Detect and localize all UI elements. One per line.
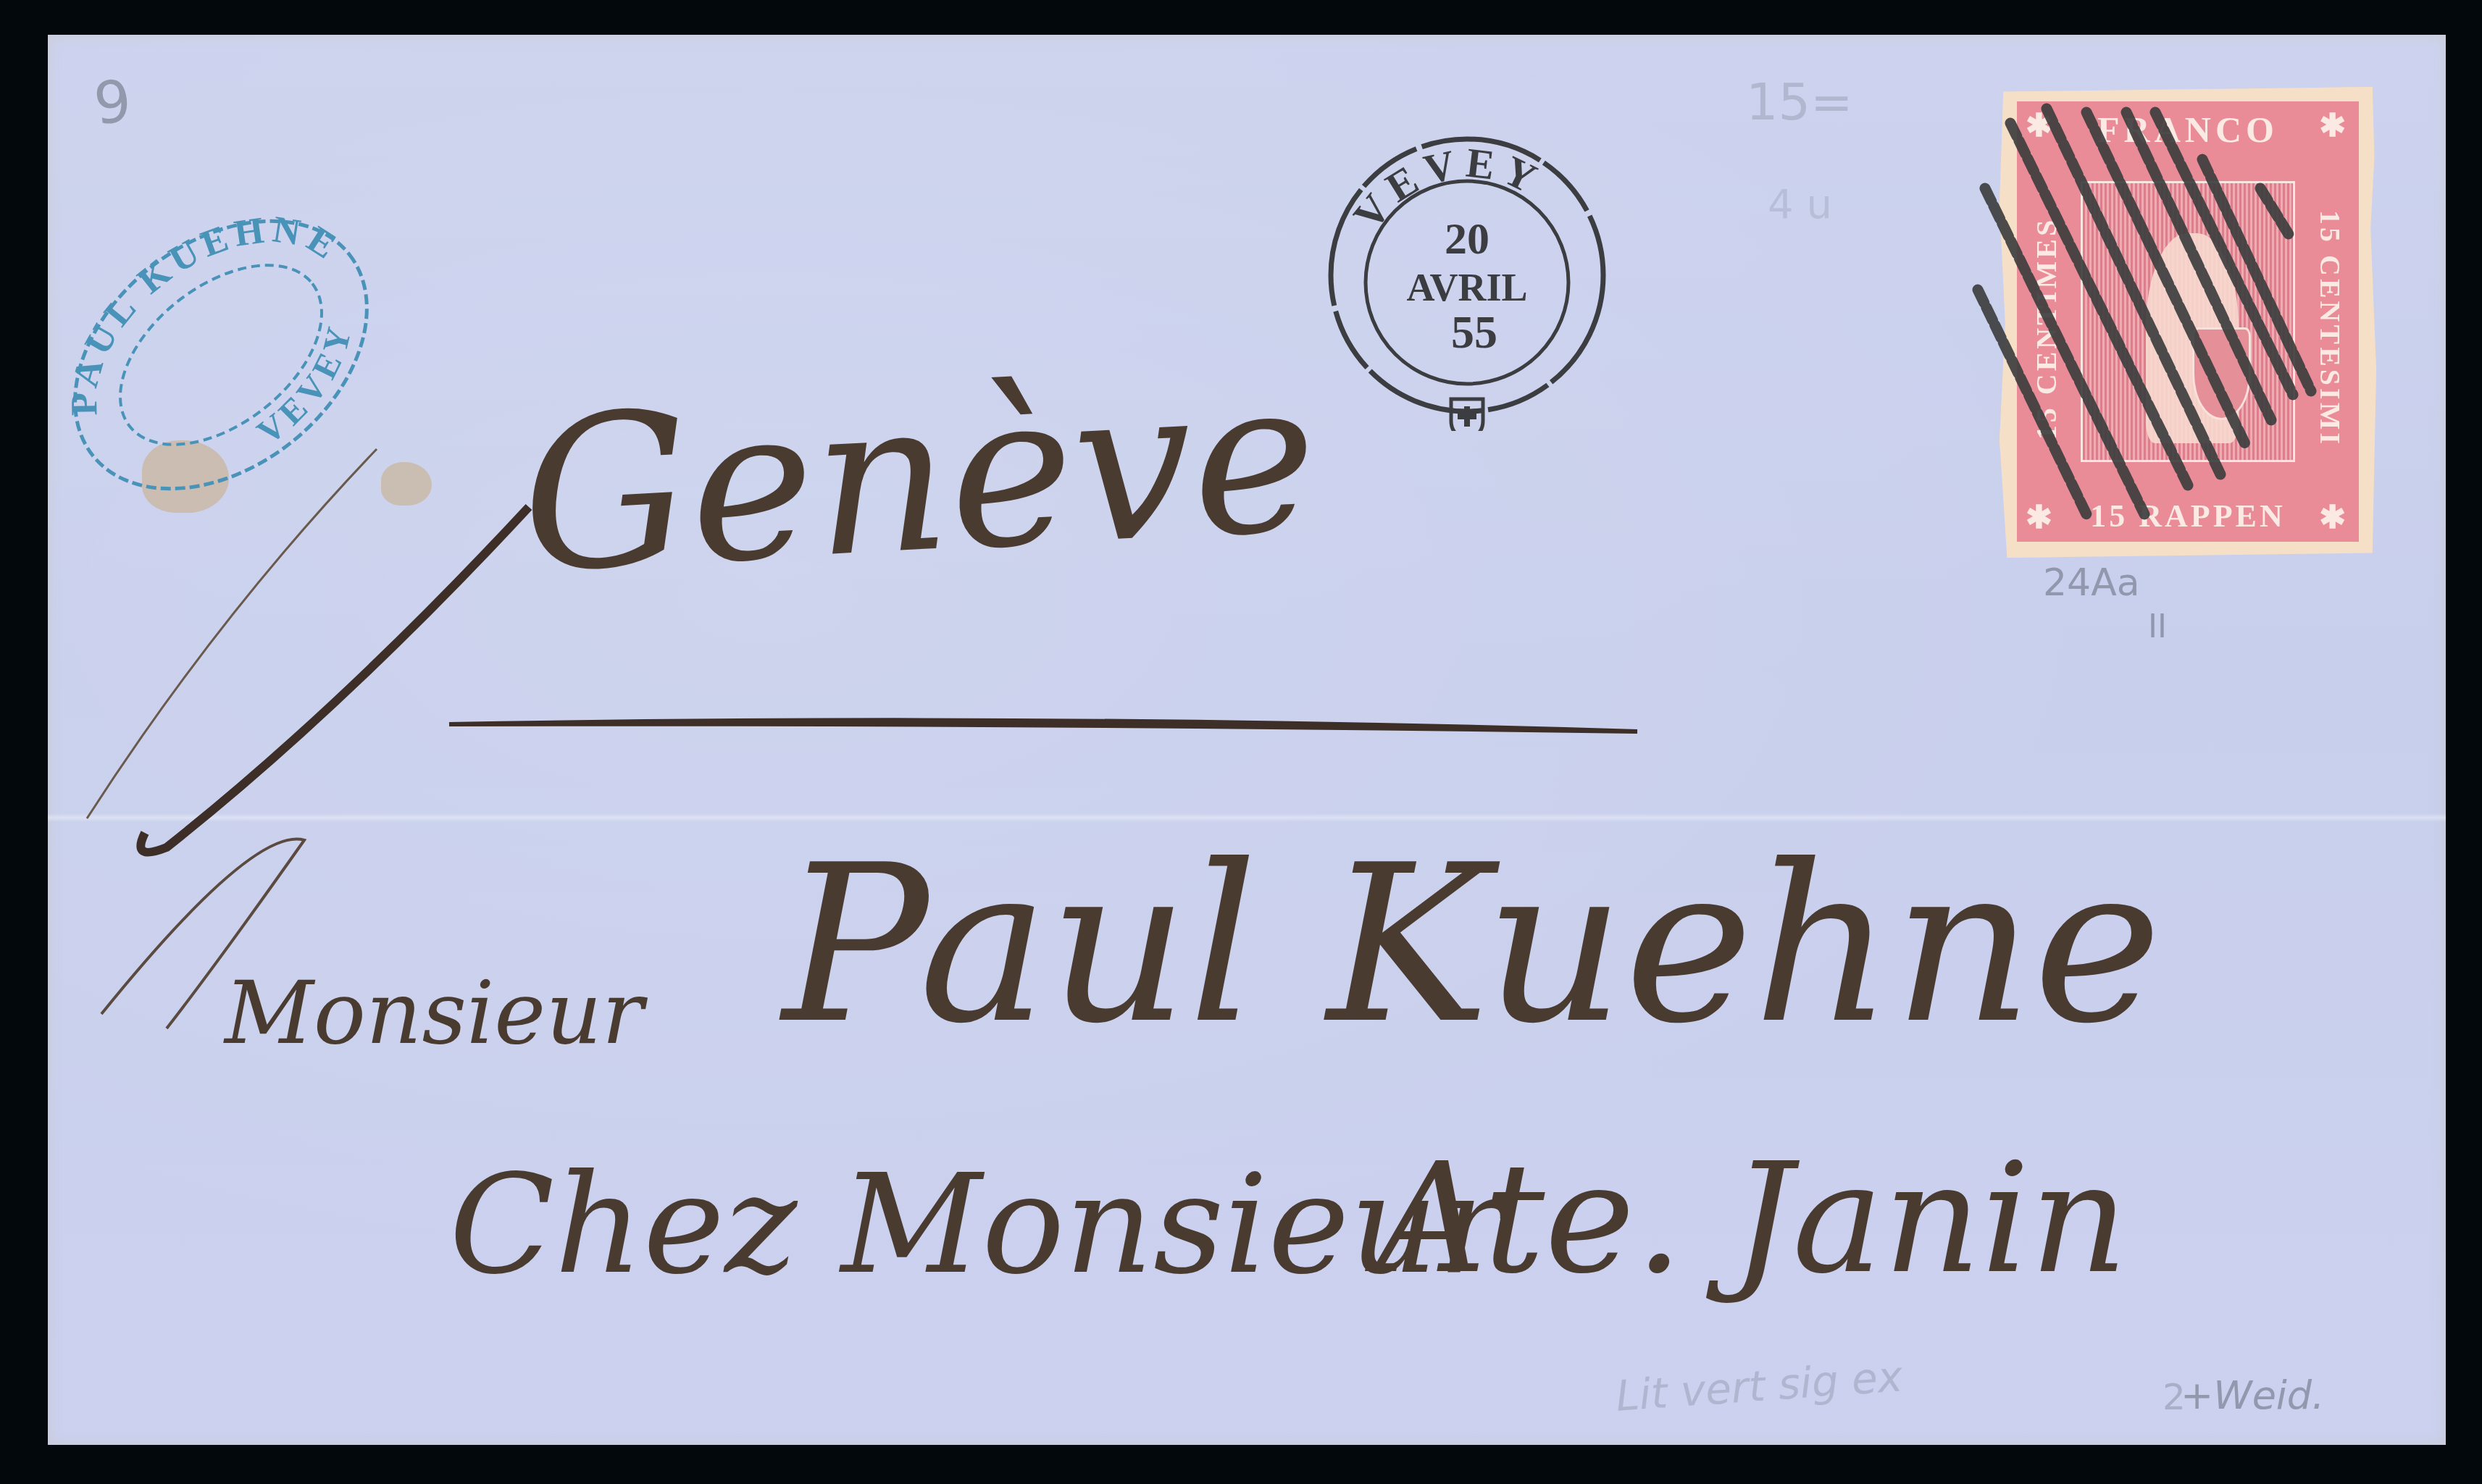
stamp-corner-ornament: ✱	[2319, 107, 2350, 144]
pencil-signature-weid: +Weid.	[2181, 1372, 2324, 1418]
postmark: VEVEY 20 AVRIL 55	[1319, 127, 1616, 431]
stamp-vignette	[2081, 181, 2295, 462]
stamp-corner-ornament: ✱	[2319, 499, 2350, 536]
stamp-top-label: FRANCO	[2082, 109, 2294, 151]
postmark-year: 55	[1451, 306, 1497, 358]
pencil-catalogue-number: 24Aa	[2043, 561, 2140, 605]
address-care-of-name: Ate. Janin	[1376, 1130, 2128, 1307]
pencil-note-top-left: 9	[91, 67, 134, 138]
stamp-right-label: 15 CENTESIMI	[2313, 177, 2347, 481]
pencil-note-faint: 4 u	[1768, 181, 1832, 228]
swiss-cross-shield-icon	[1451, 399, 1483, 431]
stamp-bottom-label: 15 RAPPEN	[2075, 498, 2301, 535]
pencil-note-price: 15=	[1746, 72, 1853, 132]
foxing-stain	[381, 462, 432, 506]
address-destination: Genève	[516, 335, 1322, 620]
address-prefix: Monsieur	[225, 963, 643, 1064]
stamp-left-label: 15 CENTIMES	[2029, 177, 2063, 481]
stamp-corner-ornament: ✱	[2026, 499, 2057, 536]
stamp-shield-icon	[2192, 327, 2251, 420]
postmark-day: 20	[1445, 214, 1489, 264]
stamp-corner-ornament: ✱	[2026, 107, 2057, 144]
address-care-of-prefix: Chez Monsieur	[449, 1144, 1504, 1304]
pencil-catalogue-sub: II	[2148, 608, 2167, 645]
postmark-month: AVRIL	[1406, 266, 1527, 309]
address-recipient-name: Paul Kuehne	[782, 818, 2162, 1071]
postage-stamp: FRANCO ✱ ✱ ✱ ✱ 15 CENTIMES 15 CENTESIMI …	[2000, 87, 2376, 558]
